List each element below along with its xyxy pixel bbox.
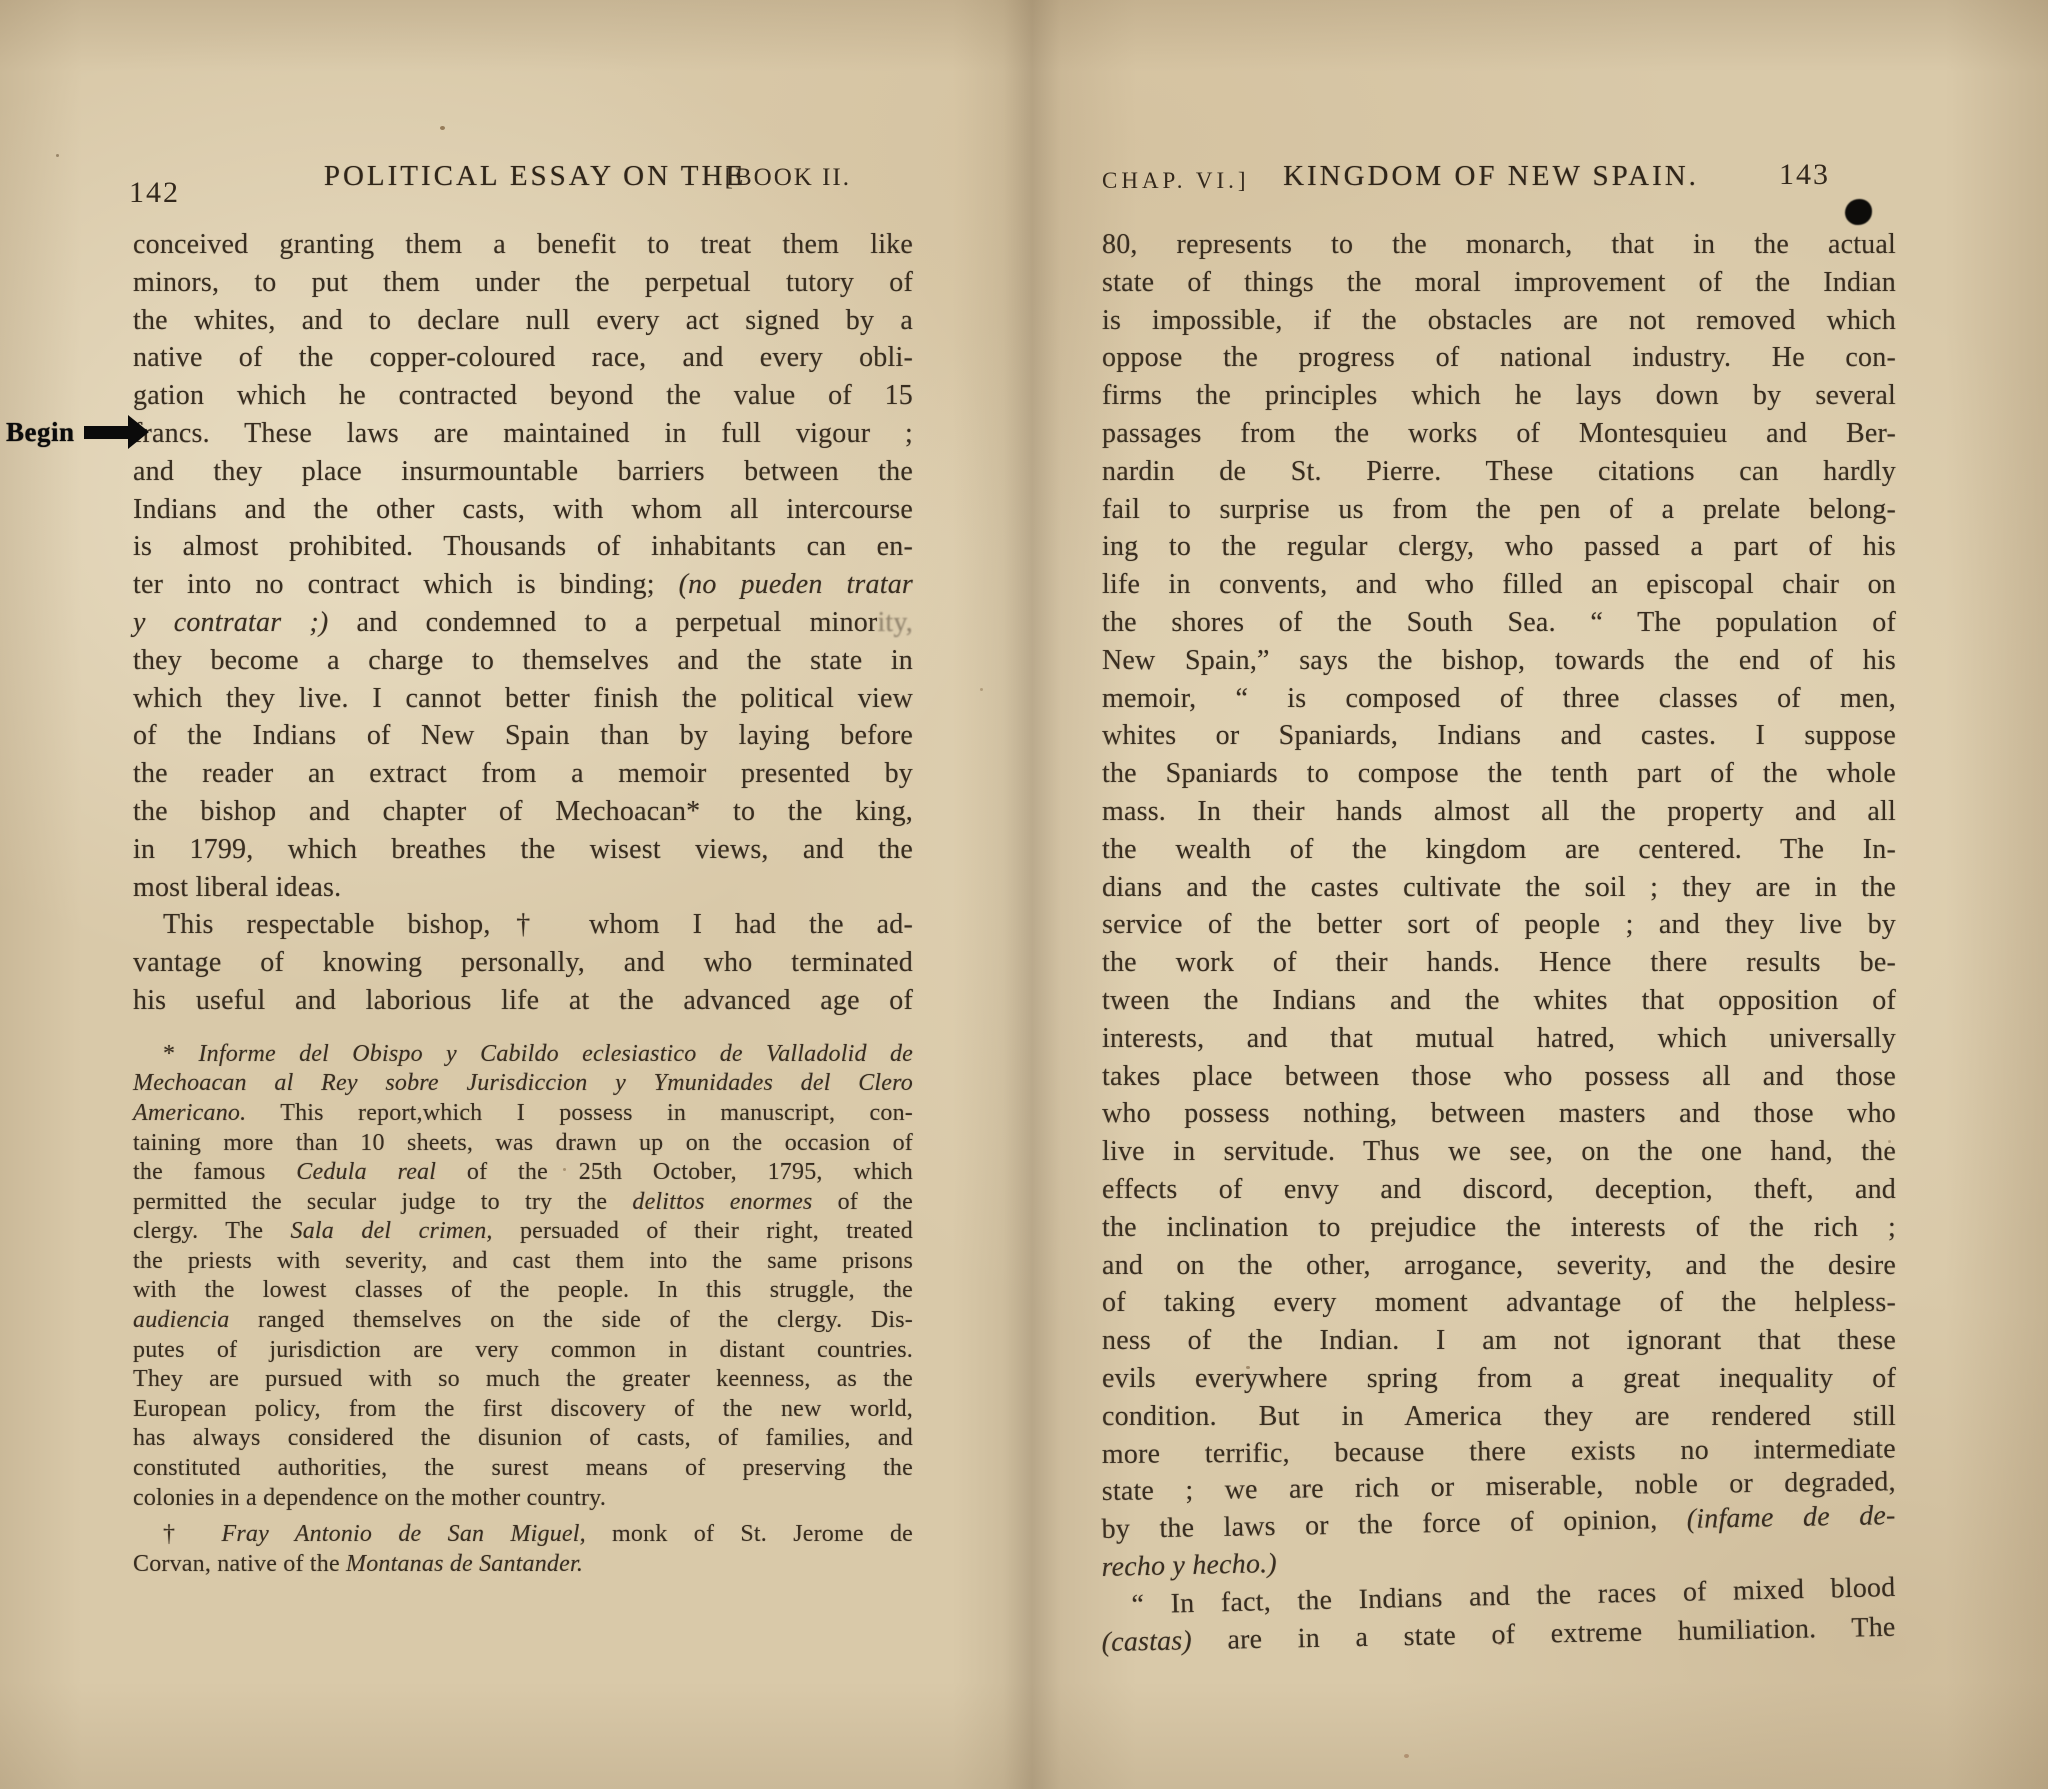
running-title-right: KINGDOM OF NEW SPAIN.: [1283, 160, 1699, 193]
paragraph: This respectable bishop,† whom I had the…: [133, 906, 913, 1019]
text-line: ter into no contract which is binding; (…: [133, 566, 913, 604]
text-line: ness of the Indian. I am not ignorant th…: [1102, 1322, 1896, 1360]
text-line: gation which he contracted beyond the va…: [133, 377, 913, 415]
paragraph: “ In fact, the Indians and the races of …: [1102, 1587, 1896, 1663]
text-line: the Spaniards to compose the tenth part …: [1102, 755, 1896, 793]
text-line: effects of envy and discord, deception, …: [1102, 1171, 1896, 1209]
text-line: † Fray Antonio de San Miguel, monk of St…: [133, 1520, 913, 1550]
text-line: passages from the works of Montesquieu a…: [1102, 415, 1896, 453]
text-line: the work of their hands. Hence there res…: [1102, 944, 1896, 982]
text-line: has always considered the disunion of ca…: [133, 1424, 913, 1454]
text-line: conceived granting them a benefit to tre…: [133, 226, 913, 264]
left-page-body: conceived granting them a benefit to tre…: [133, 226, 913, 1020]
text-line: native of the copper-coloured race, and …: [133, 339, 913, 377]
right-page-header: CHAP. VI.] KINGDOM OF NEW SPAIN. 143: [1102, 160, 1896, 190]
text-line: his useful and laborious life at the adv…: [133, 982, 913, 1020]
text-line: of taking every moment advantage of the …: [1102, 1284, 1896, 1322]
page-number-left: 142: [129, 176, 180, 210]
paragraph: 80, represents to the monarch, that in t…: [1102, 226, 1896, 1587]
text-line: the whites, and to declare null every ac…: [133, 302, 913, 340]
right-page: CHAP. VI.] KINGDOM OF NEW SPAIN. 143 80,…: [1102, 160, 1896, 1662]
page-number-right: 143: [1779, 158, 1830, 192]
text-line: mass. In their hands almost all the prop…: [1102, 793, 1896, 831]
paragraph: * Informe del Obispo y Cabildo eclesiast…: [133, 1040, 913, 1514]
paragraph: conceived granting them a benefit to tre…: [133, 226, 913, 906]
chapter-label: CHAP. VI.]: [1102, 168, 1250, 194]
text-line: most liberal ideas.: [133, 869, 913, 907]
begin-label: Begin: [6, 417, 75, 448]
left-page: 142 POLITICAL ESSAY ON THE [BOOK II. con…: [133, 160, 913, 1579]
text-line: taining more than 10 sheets, was drawn u…: [133, 1129, 913, 1159]
text-line: the shores of the South Sea. “ The popul…: [1102, 604, 1896, 642]
begin-annotation: Begin: [6, 412, 149, 452]
left-page-header: 142 POLITICAL ESSAY ON THE [BOOK II.: [133, 160, 913, 190]
left-page-footnotes: * Informe del Obispo y Cabildo eclesiast…: [133, 1040, 913, 1580]
text-line: Americano. This report,which I possess i…: [133, 1099, 913, 1129]
text-line: minors, to put them under the perpetual …: [133, 264, 913, 302]
text-line: the priests with severity, and cast them…: [133, 1247, 913, 1277]
text-line: the famous Cedula real of the 25th Octob…: [133, 1158, 913, 1188]
text-line: New Spain,” says the bishop, towards the…: [1102, 642, 1896, 680]
text-line: in 1799, which breathes the wisest views…: [133, 831, 913, 869]
text-line: francs. These laws are maintained in ful…: [133, 415, 913, 453]
text-line: life in convents, and who filled an epis…: [1102, 566, 1896, 604]
text-line: service of the better sort of people ; a…: [1102, 906, 1896, 944]
text-line: audiencia ranged themselves on the side …: [133, 1306, 913, 1336]
text-line: European policy, from the first discover…: [133, 1395, 913, 1425]
text-line: ing to the regular clergy, who passed a …: [1102, 528, 1896, 566]
text-line: the bishop and chapter of Mechoacan* to …: [133, 793, 913, 831]
right-page-body: 80, represents to the monarch, that in t…: [1102, 226, 1896, 1662]
text-line: and they place insurmountable barriers b…: [133, 453, 913, 491]
text-line: is impossible, if the obstacles are not …: [1102, 302, 1896, 340]
running-title-left: POLITICAL ESSAY ON THE: [324, 160, 746, 193]
text-line: is almost prohibited. Thousands of inhab…: [133, 528, 913, 566]
text-line: with the lowest classes of the people. I…: [133, 1276, 913, 1306]
ink-blot: [1845, 199, 1872, 225]
text-line: putes of jurisdiction are very common in…: [133, 1336, 913, 1366]
text-line: fail to surprise us from the pen of a pr…: [1102, 491, 1896, 529]
text-line: condition. But in America they are rende…: [1102, 1398, 1896, 1436]
text-line: and on the other, arrogance, severity, a…: [1102, 1247, 1896, 1285]
text-line: who possess nothing, between masters and…: [1102, 1095, 1896, 1133]
text-line: constituted authorities, the surest mean…: [133, 1454, 913, 1484]
text-line: clergy. The Sala del crimen, persuaded o…: [133, 1217, 913, 1247]
text-line: tween the Indians and the whites that op…: [1102, 982, 1896, 1020]
text-line: they become a charge to themselves and t…: [133, 642, 913, 680]
text-line: colonies in a dependence on the mother c…: [133, 1484, 913, 1514]
text-line: nardin de St. Pierre. These citations ca…: [1102, 453, 1896, 491]
text-line: the reader an extract from a memoir pres…: [133, 755, 913, 793]
text-line: takes place between those who possess al…: [1102, 1058, 1896, 1096]
begin-arrow-head-icon: [128, 415, 149, 449]
text-line: whites or Spaniards, Indians and castes.…: [1102, 717, 1896, 755]
text-line: state of things the moral improvement of…: [1102, 264, 1896, 302]
text-line: y contratar ;) and condemned to a perpet…: [133, 604, 913, 642]
paragraph: † Fray Antonio de San Miguel, monk of St…: [133, 1520, 913, 1579]
text-line: This respectable bishop,† whom I had the…: [133, 906, 913, 944]
text-line: evils everywhere spring from a great ine…: [1102, 1360, 1896, 1398]
text-line: dians and the castes cultivate the soil …: [1102, 869, 1896, 907]
text-line: Indians and the other casts, with whom a…: [133, 491, 913, 529]
book-label: [BOOK II.: [725, 164, 851, 192]
text-line: the inclination to prejudice the interes…: [1102, 1209, 1896, 1247]
text-line: Corvan, native of the Montanas de Santan…: [133, 1550, 913, 1580]
text-line: * Informe del Obispo y Cabildo eclesiast…: [133, 1040, 913, 1070]
text-line: firms the principles which he lays down …: [1102, 377, 1896, 415]
text-line: memoir, “ is composed of three classes o…: [1102, 680, 1896, 718]
begin-arrow-icon: [84, 426, 128, 439]
text-line: the wealth of the kingdom are centered. …: [1102, 831, 1896, 869]
text-line: vantage of knowing personally, and who t…: [133, 944, 913, 982]
text-line: 80, represents to the monarch, that in t…: [1102, 226, 1896, 264]
text-line: of the Indians of New Spain than by layi…: [133, 717, 913, 755]
text-line: which they live. I cannot better finish …: [133, 680, 913, 718]
text-line: permitted the secular judge to try the d…: [133, 1188, 913, 1218]
text-line: They are pursued with so much the greate…: [133, 1365, 913, 1395]
text-line: Mechoacan al Rey sobre Jurisdiccion y Ym…: [133, 1069, 913, 1099]
text-line: interests, and that mutual hatred, which…: [1102, 1020, 1896, 1058]
text-line: live in servitude. Thus we see, on the o…: [1102, 1133, 1896, 1171]
text-line: oppose the progress of national industry…: [1102, 339, 1896, 377]
